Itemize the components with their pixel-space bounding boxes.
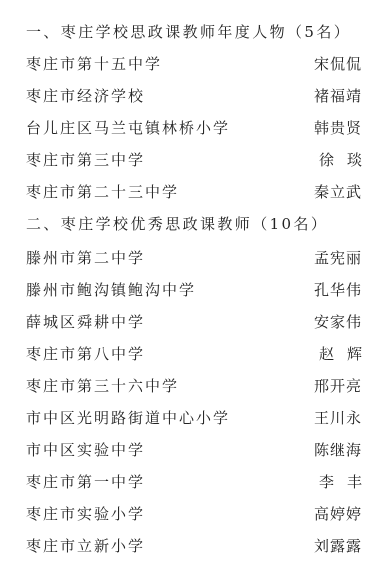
teacher-name: 安家伟 (314, 310, 362, 334)
school-name: 枣庄市第十五中学 (26, 52, 162, 76)
teacher-name: 高婷婷 (314, 502, 362, 526)
list-item: 市中区实验中学 陈继海 (26, 438, 362, 462)
school-name: 枣庄市第一中学 (26, 470, 145, 494)
list-item: 枣庄市第二十三中学 秦立武 (26, 180, 362, 204)
teacher-name: 赵辉 (319, 342, 375, 366)
teacher-name: 徐琰 (319, 148, 375, 172)
list-item: 滕州市鲍沟镇鲍沟中学 孔华伟 (26, 278, 362, 302)
school-name: 滕州市鲍沟镇鲍沟中学 (26, 278, 196, 302)
teacher-name: 邢开亮 (314, 374, 362, 398)
teacher-name: 韩贵贤 (314, 116, 362, 140)
teacher-name: 秦立武 (314, 180, 362, 204)
award-list-document: 一、枣庄学校思政课教师年度人物（5名） 枣庄市第十五中学 宋侃侃 枣庄市经济学校… (0, 0, 380, 576)
teacher-name: 陈继海 (314, 438, 362, 462)
teacher-name: 宋侃侃 (314, 52, 362, 76)
school-name: 滕州市第二中学 (26, 246, 145, 270)
school-name: 台儿庄区马兰屯镇林桥小学 (26, 116, 230, 140)
list-item: 枣庄市第十五中学 宋侃侃 (26, 52, 362, 76)
list-item: 枣庄市第三十六中学 邢开亮 (26, 374, 362, 398)
school-name: 市中区光明路街道中心小学 (26, 406, 230, 430)
list-item: 台儿庄区马兰屯镇林桥小学 韩贵贤 (26, 116, 362, 140)
school-name: 市中区实验中学 (26, 438, 145, 462)
school-name: 枣庄市第二十三中学 (26, 180, 179, 204)
teacher-name: 褚福靖 (314, 84, 362, 108)
teacher-name: 刘露露 (314, 534, 362, 558)
list-item: 枣庄市实验小学 高婷婷 (26, 502, 362, 526)
section-2-heading: 二、枣庄学校优秀思政课教师（10名） (26, 212, 362, 236)
school-name: 枣庄市第八中学 (26, 342, 145, 366)
list-item: 薛城区舜耕中学 安家伟 (26, 310, 362, 334)
list-item: 枣庄市经济学校 褚福靖 (26, 84, 362, 108)
list-item: 滕州市第二中学 孟宪丽 (26, 246, 362, 270)
school-name: 枣庄市实验小学 (26, 502, 145, 526)
teacher-name: 王川永 (314, 406, 362, 430)
school-name: 枣庄市第三中学 (26, 148, 145, 172)
list-item: 枣庄市第八中学 赵辉 (26, 342, 362, 366)
school-name: 薛城区舜耕中学 (26, 310, 145, 334)
school-name: 枣庄市经济学校 (26, 84, 145, 108)
teacher-name: 孔华伟 (314, 278, 362, 302)
school-name: 枣庄市第三十六中学 (26, 374, 179, 398)
teacher-name: 李丰 (319, 470, 375, 494)
teacher-name: 孟宪丽 (314, 246, 362, 270)
list-item: 枣庄市立新小学 刘露露 (26, 534, 362, 558)
list-item: 市中区光明路街道中心小学 王川永 (26, 406, 362, 430)
school-name: 枣庄市立新小学 (26, 534, 145, 558)
list-item: 枣庄市第一中学 李丰 (26, 470, 362, 494)
section-1-heading: 一、枣庄学校思政课教师年度人物（5名） (26, 20, 362, 44)
list-item: 枣庄市第三中学 徐琰 (26, 148, 362, 172)
